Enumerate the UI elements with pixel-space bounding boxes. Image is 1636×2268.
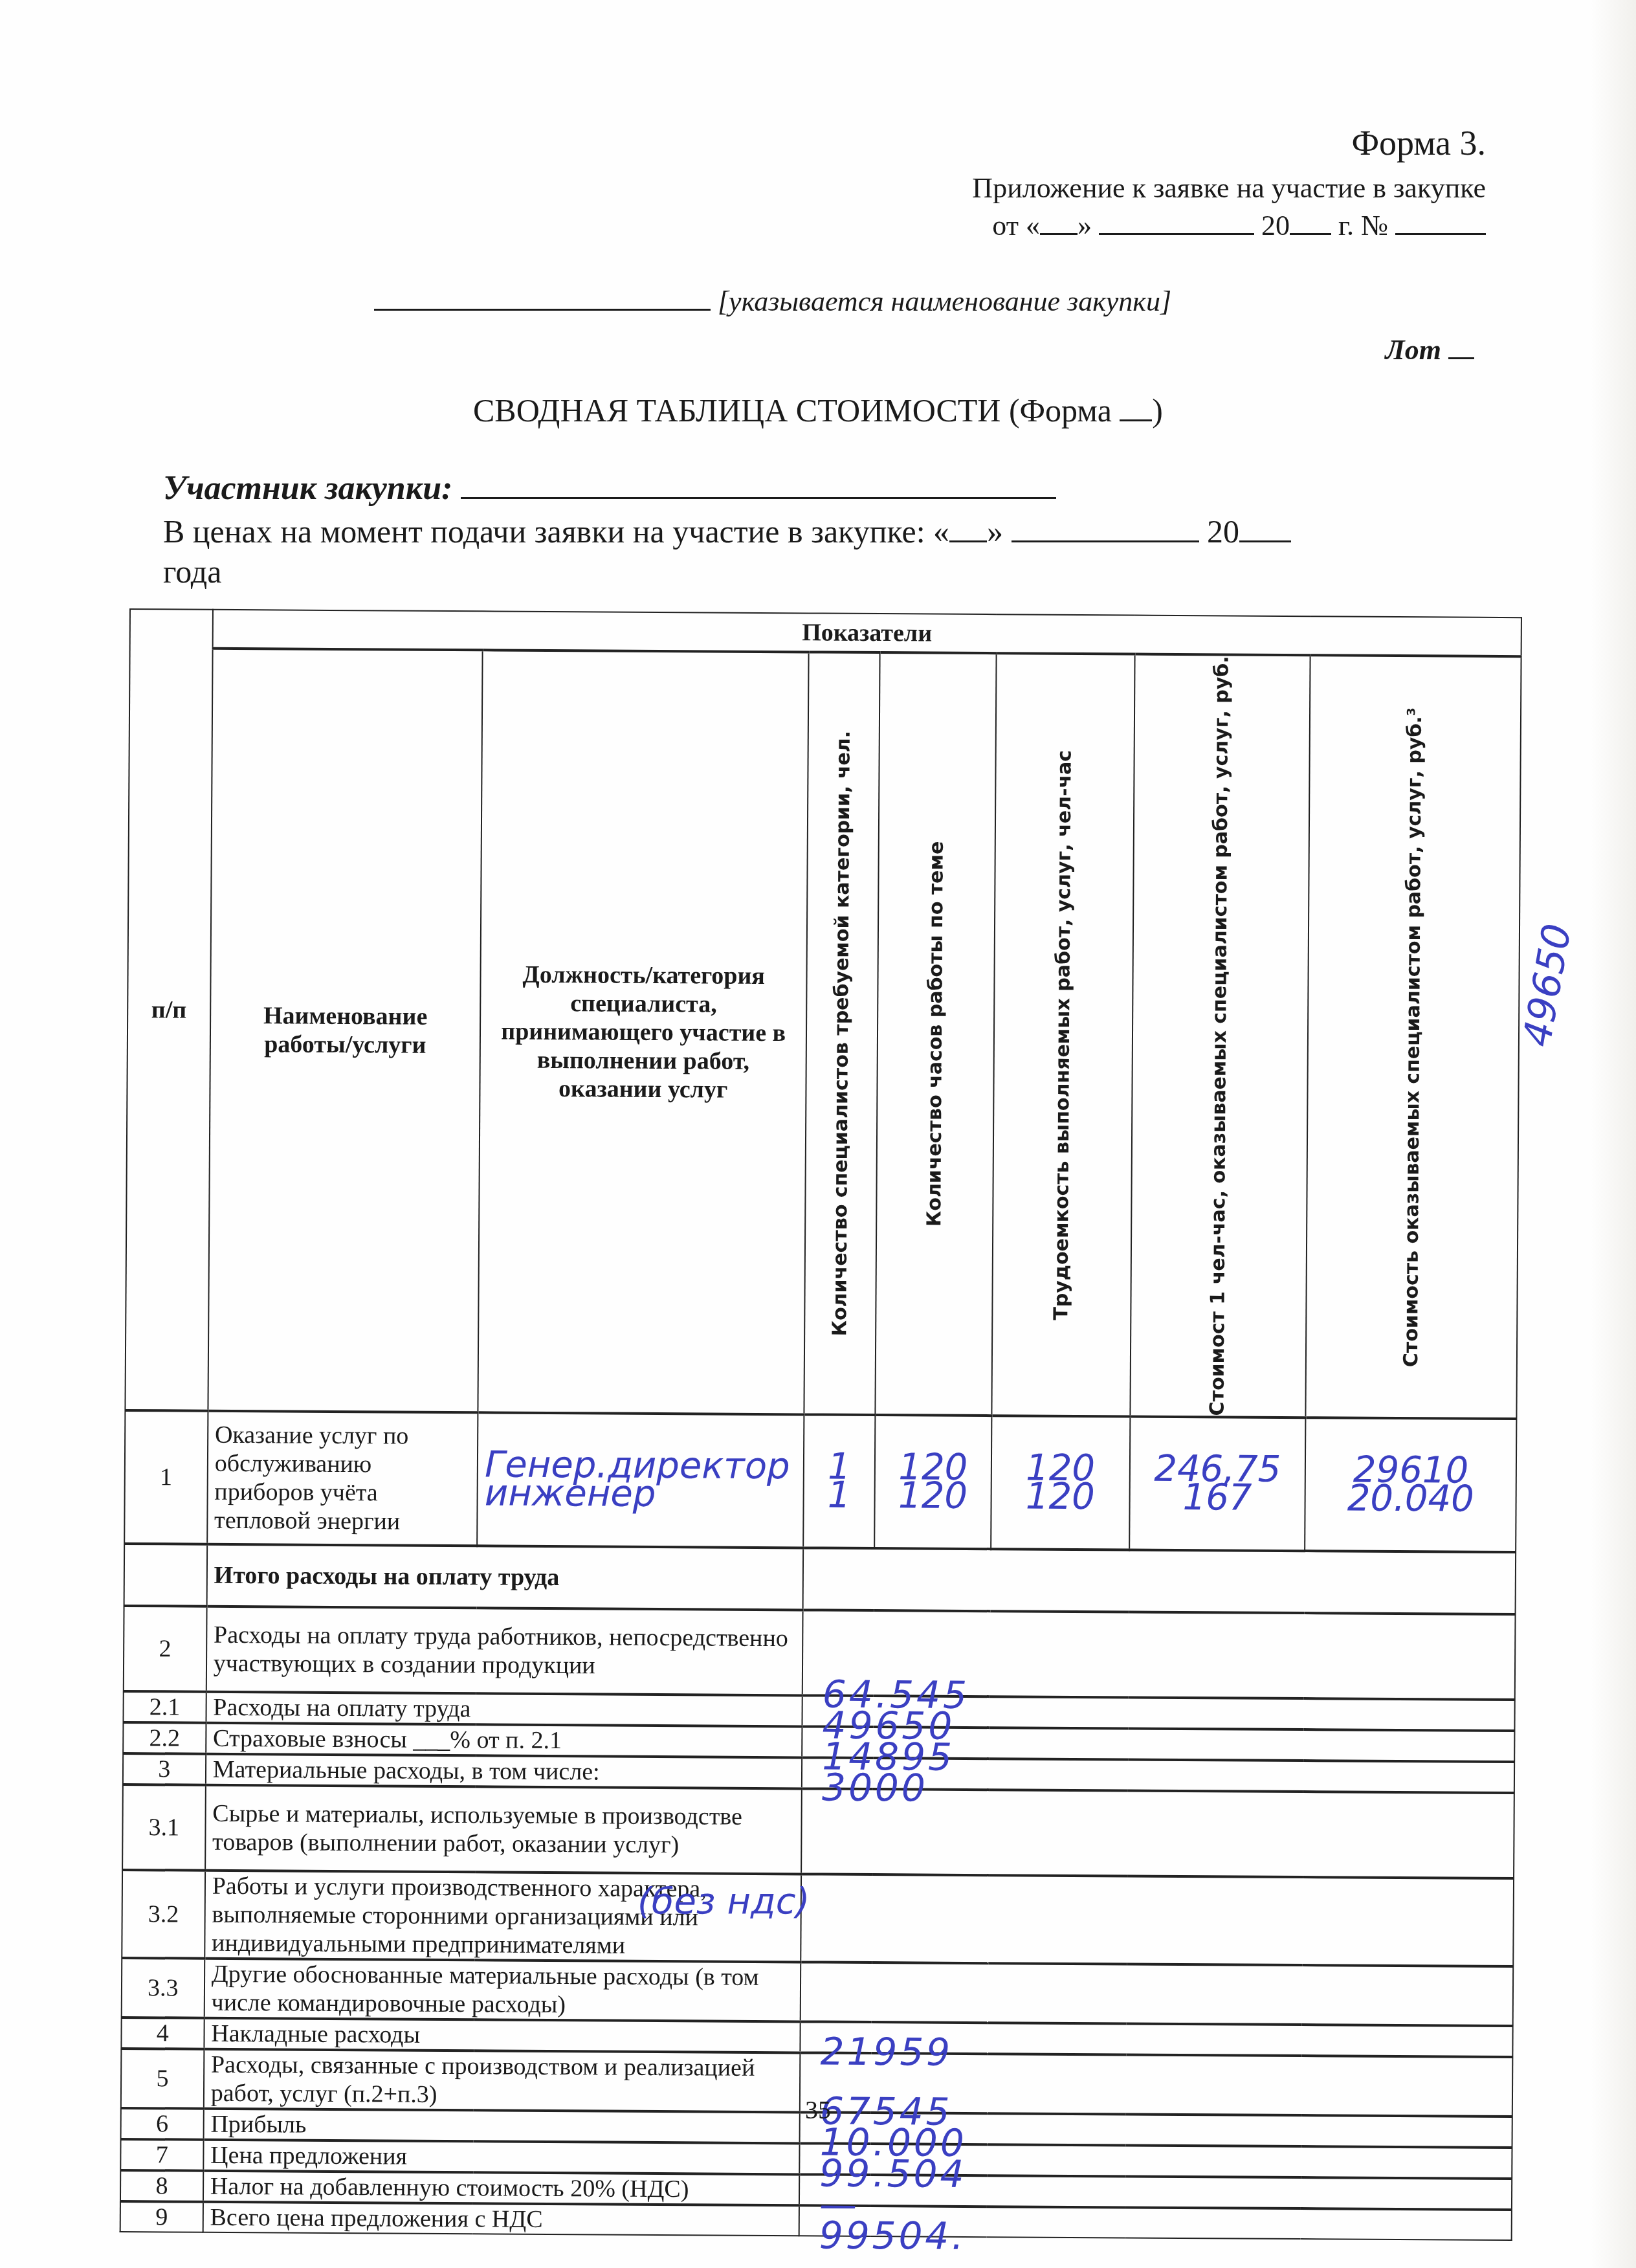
header-rate: Стоимост 1 чел-час, оказываемых специали…	[1130, 654, 1310, 1417]
row-value-cell: 14895	[802, 1726, 1514, 1762]
row-value-cell: —	[799, 2174, 1512, 2210]
handwritten-note-no-vat: (без ндс)	[637, 1880, 810, 1922]
header-hours: Количество часов работы по теме	[875, 652, 996, 1416]
row-num: 3.3	[122, 1958, 204, 2018]
header-cost: Стоимость оказываемых специалистом работ…	[1306, 655, 1521, 1419]
row-num: 3.2	[122, 1870, 205, 1959]
purchase-name-line: [указывается наименование закупки]	[374, 285, 1171, 318]
participant-blank	[461, 497, 1056, 499]
row-num: 3	[123, 1753, 206, 1785]
appendix-line-1: Приложение к заявке на участие в закупке	[972, 170, 1486, 207]
table-row-total-labor: Итого расходы на оплату труда	[124, 1544, 1516, 1614]
table-row: 2Расходы на оплату труда работников, неп…	[124, 1606, 1516, 1700]
row-value-cell: 64.545	[802, 1610, 1516, 1700]
header-cost-text: Стоимость оказываемых специалистом работ…	[1399, 707, 1428, 1367]
participant-line: Участник закупки:	[163, 469, 1056, 507]
row-num: 2	[124, 1606, 207, 1692]
day-blank	[1040, 233, 1078, 235]
row-num: 2.2	[123, 1722, 206, 1754]
row-value-cell: 21959	[801, 2021, 1513, 2057]
row-value-cell: 99.504	[799, 2143, 1512, 2179]
header-position: Должность/категория специалиста, принима…	[478, 650, 809, 1414]
appendix-note: Приложение к заявке на участие в закупке…	[972, 170, 1486, 245]
row-label: Сырье и материалы, используемые в произв…	[205, 1785, 802, 1874]
rate-cell: 246,75 167	[1129, 1417, 1306, 1551]
header-count-text: Количество специалистов требуемой катего…	[828, 731, 856, 1337]
positions-cell: Генер.директор инженер	[477, 1412, 804, 1548]
page-number: 35	[0, 2095, 1636, 2125]
cost-summary-table: п/п Показатели Наименование работы/услуг…	[120, 608, 1522, 2241]
hours-engineer: 120	[882, 1482, 984, 1511]
labor-engineer: 120	[998, 1482, 1122, 1511]
document-page: Форма 3. Приложение к заявке на участие …	[0, 0, 1636, 2268]
row-value-cell: 99504.	[799, 2205, 1512, 2240]
row-value-cell: 3000	[802, 1757, 1514, 1793]
row-num: 8	[120, 2170, 203, 2202]
row-label: Материальные расходы, в том числе:	[206, 1754, 802, 1789]
month-blank	[1099, 233, 1254, 235]
row-label: Налог на добавленную стоимость 20% (НДС)	[203, 2171, 800, 2206]
year-blank	[1290, 233, 1331, 235]
table-row-service: 1 Оказание услуг по обслуживанию приборо…	[124, 1410, 1516, 1552]
row-num: 3.1	[122, 1784, 206, 1871]
hours-cell: 120 120	[874, 1415, 991, 1549]
row-label: Расходы на оплату труда работников, непо…	[206, 1606, 803, 1696]
row-value-cell: 49650	[802, 1695, 1515, 1731]
row-label: Цена предложения	[203, 2140, 800, 2175]
row-num: 1	[124, 1410, 208, 1544]
row-num: 4	[121, 2018, 204, 2049]
appendix-line-2: от «» 20 г. №	[972, 207, 1486, 245]
lot-blank	[1448, 357, 1474, 359]
header-hours-text: Количество часов работы по теме	[922, 841, 949, 1227]
cost-cell: 29610 20.040	[1305, 1417, 1516, 1552]
header-service-name: Наименование работы/услуги	[208, 649, 483, 1413]
service-name: Оказание услуг по обслуживанию приборов …	[207, 1411, 478, 1546]
prices-month-blank	[1011, 540, 1199, 542]
row-value-cell	[801, 1962, 1513, 2026]
handwritten-value: 99504.	[819, 2221, 966, 2251]
row-label: Другие обоснованные материальные расходы…	[204, 1959, 801, 2022]
table-row: 3.1Сырье и материалы, используемые в про…	[122, 1784, 1514, 1878]
row-label: Накладные расходы	[204, 2018, 801, 2053]
prices-year-blank	[1239, 540, 1291, 542]
count-engineer: 1	[811, 1482, 868, 1511]
lot-label: Лот	[1386, 333, 1474, 366]
form-number: Форма 3.	[1351, 123, 1486, 163]
purchase-name-blank	[374, 309, 711, 311]
header-count: Количество специалистов требуемой катего…	[804, 652, 880, 1415]
handwritten-bracket-total: 49650	[1514, 920, 1580, 1050]
header-rate-text: Стоимост 1 чел-час, оказываемых специали…	[1206, 656, 1235, 1416]
total-labor-label: Итого расходы на оплату труда	[206, 1544, 803, 1610]
header-labor-text: Трудоемкость выполняемых работ, услуг, ч…	[1049, 750, 1077, 1320]
cost-engineer: 20.040	[1312, 1484, 1509, 1514]
prices-date-line: В ценах на момент подачи заявки на участ…	[163, 511, 1457, 592]
row-label: Страховые взносы ___% от п. 2.1	[206, 1723, 802, 1758]
document-title: СВОДНАЯ ТАБЛИЦА СТОИМОСТИ (Форма )	[0, 392, 1636, 429]
header-num: п/п	[125, 609, 212, 1411]
row-num: 9	[120, 2201, 203, 2232]
scan-edge-shadow	[1591, 0, 1636, 2268]
labor-cell: 120 120	[991, 1416, 1130, 1550]
row-value-cell	[801, 1788, 1514, 1878]
row-label: Всего цена предложения с НДС	[203, 2202, 799, 2236]
row-label: Расходы на оплату труда	[206, 1692, 802, 1727]
number-blank	[1395, 233, 1486, 235]
total-labor-value	[803, 1548, 1516, 1614]
prices-day-blank	[949, 540, 987, 542]
total-labor-num	[124, 1544, 207, 1606]
row-num: 7	[120, 2139, 203, 2171]
table-row: 3.2Работы и услуги производственного хар…	[122, 1870, 1514, 1966]
form-blank	[1120, 419, 1152, 421]
header-labor: Трудоемкость выполняемых работ, услуг, ч…	[991, 653, 1134, 1416]
row-value-cell	[801, 1874, 1514, 1966]
count-cell: 1 1	[803, 1414, 875, 1548]
row-num: 2.1	[123, 1691, 206, 1723]
table-row: 3.3Другие обоснованные материальные расх…	[122, 1958, 1514, 2026]
